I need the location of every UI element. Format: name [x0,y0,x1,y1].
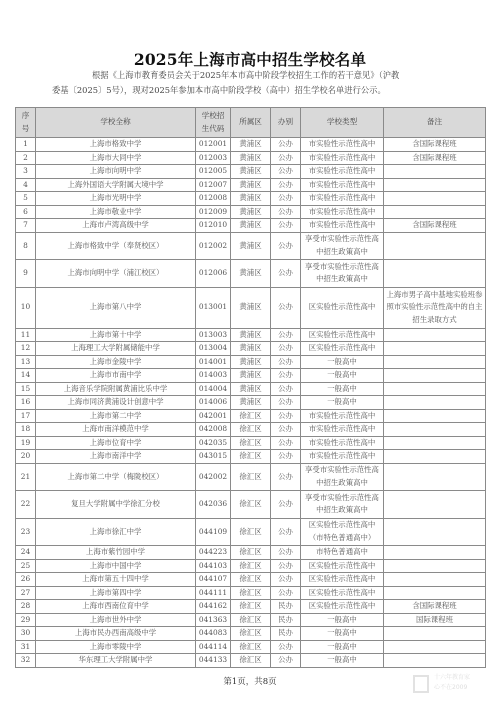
cell-school-code: 012010 [196,219,231,233]
table-row: 1上海市格致中学012001黄浦区公办市实验性示范性高中含国际课程班 [16,138,486,152]
cell-district: 黄浦区 [231,219,271,233]
table-row: 15上海音乐学院附属黄浦比乐中学014004黄浦区公办一般高中 [16,382,486,396]
cell-school-name: 上海市中国中学 [36,559,196,573]
cell-row-number: 27 [16,586,36,600]
table-row: 21上海市第二中学（梅陇校区）042002徐汇区公办享受市实验性示范性高中招生政… [16,463,486,491]
cell-row-number: 1 [16,138,36,152]
table-row: 32华东理工大学附属中学044133徐汇区公办一般高中 [16,654,486,668]
cell-ownership: 公办 [271,138,301,152]
table-row: 29上海市世外中学041363徐汇区民办一般高中国际课程班 [16,613,486,627]
cell-school-category: 一般高中 [301,396,384,410]
cell-row-number: 18 [16,423,36,437]
cell-ownership: 公办 [271,654,301,668]
cell-note [384,463,486,491]
cell-row-number: 29 [16,613,36,627]
cell-note [384,450,486,464]
cell-school-code: 044162 [196,600,231,614]
cell-school-category: 享受市实验性示范性高中招生政策高中 [301,463,384,491]
cell-school-name: 上海市敬业中学 [36,205,196,219]
cell-row-number: 31 [16,640,36,654]
cell-school-category: 市实验性示范性高中 [301,219,384,233]
cell-school-code: 013001 [196,287,231,328]
cell-school-name: 上海市金陵中学 [36,355,196,369]
cell-school-category: 市特色普通高中 [301,546,384,560]
cell-note [384,491,486,519]
cell-school-category: 一般高中 [301,627,384,641]
cell-row-number: 3 [16,165,36,179]
cell-ownership: 公办 [271,546,301,560]
cell-district: 徐汇区 [231,491,271,519]
cell-note [384,178,486,192]
cell-district: 徐汇区 [231,546,271,560]
header-district: 所属区 [231,108,271,138]
cell-district: 黄浦区 [231,232,271,260]
cell-row-number: 17 [16,409,36,423]
cell-school-category: 市实验性示范性高中 [301,178,384,192]
cell-school-name: 上海市大同中学 [36,151,196,165]
cell-ownership: 公办 [271,260,301,288]
cell-district: 黄浦区 [231,205,271,219]
cell-district: 黄浦区 [231,342,271,356]
table-row: 12上海理工大学附属储能中学013004黄浦区公办区实验性示范性高中 [16,342,486,356]
cell-note [384,355,486,369]
cell-school-category: 一般高中 [301,355,384,369]
cell-school-name: 华东理工大学附属中学 [36,654,196,668]
cell-school-code: 042002 [196,463,231,491]
cell-school-code: 012006 [196,260,231,288]
cell-school-name: 上海市位育中学 [36,436,196,450]
cell-district: 徐汇区 [231,409,271,423]
cell-row-number: 20 [16,450,36,464]
cell-district: 黄浦区 [231,260,271,288]
cell-note [384,586,486,600]
cell-school-code: 043015 [196,450,231,464]
cell-note [384,192,486,206]
page-title: 2025年上海市高中招生学校名单 [0,48,500,70]
header-no: 序号 [16,108,36,138]
cell-school-category: 市实验性示范性高中 [301,151,384,165]
cell-ownership: 公办 [271,573,301,587]
table-row: 4上海外国语大学附属大境中学012007黄浦区公办市实验性示范性高中 [16,178,486,192]
cell-ownership: 公办 [271,165,301,179]
cell-row-number: 23 [16,518,36,546]
cell-school-name: 上海市民办西南高级中学 [36,627,196,641]
cell-school-name: 上海市南洋模范中学 [36,423,196,437]
cell-note [384,342,486,356]
cell-note [384,328,486,342]
cell-district: 黄浦区 [231,178,271,192]
table-row: 10上海市第八中学013001黄浦区公办区实验性示范性高中上海市男子高中基地实验… [16,287,486,328]
cell-district: 黄浦区 [231,138,271,152]
cell-school-category: 市实验性示范性高中 [301,436,384,450]
cell-row-number: 22 [16,491,36,519]
cell-note [384,640,486,654]
cell-school-code: 012002 [196,232,231,260]
cell-school-code: 044109 [196,518,231,546]
watermark-line-1: 十六年教育家 [434,673,470,683]
cell-district: 徐汇区 [231,627,271,641]
cell-school-name: 上海市南洋中学 [36,450,196,464]
table-row: 17上海市第二中学042001徐汇区公办市实验性示范性高中 [16,409,486,423]
cell-school-code: 012007 [196,178,231,192]
cell-school-code: 012001 [196,138,231,152]
cell-ownership: 民办 [271,613,301,627]
table-row: 27上海市第四中学044111徐汇区公办区实验性示范性高中 [16,586,486,600]
cell-district: 黄浦区 [231,328,271,342]
cell-district: 徐汇区 [231,640,271,654]
cell-school-name: 上海音乐学院附属黄浦比乐中学 [36,382,196,396]
cell-row-number: 26 [16,573,36,587]
cell-school-name: 上海外国语大学附属大境中学 [36,178,196,192]
cell-row-number: 24 [16,546,36,560]
cell-school-category: 区实验性示范性高中（市特色普通高中） [301,518,384,546]
cell-school-code: 044103 [196,559,231,573]
cell-school-code: 044133 [196,654,231,668]
cell-row-number: 5 [16,192,36,206]
school-list-table: 序号 学校全称 学校招生代码 所属区 办别 学校类型 备注 1上海市格致中学01… [15,107,486,668]
cell-ownership: 公办 [271,436,301,450]
watermark-line-2: 心不在2009 [434,683,470,693]
cell-school-code: 044114 [196,640,231,654]
cell-school-code: 013004 [196,342,231,356]
cell-note: 含国际课程班 [384,138,486,152]
cell-school-name: 上海市向明中学（浦江校区） [36,260,196,288]
cell-school-category: 区实验性示范性高中 [301,559,384,573]
cell-ownership: 公办 [271,192,301,206]
cell-ownership: 公办 [271,423,301,437]
intro-line-1: 根据《上海市教育委员会关于2025年本市高中阶段学校招生工作的若干意见》（沪教 [92,70,399,80]
header-code: 学校招生代码 [196,108,231,138]
cell-row-number: 2 [16,151,36,165]
table-row: 2上海市大同中学012003黄浦区公办市实验性示范性高中含国际课程班 [16,151,486,165]
table-row: 23上海市徐汇中学044109徐汇区公办区实验性示范性高中（市特色普通高中） [16,518,486,546]
cell-school-name: 上海理工大学附属储能中学 [36,342,196,356]
cell-note [384,396,486,410]
cell-district: 黄浦区 [231,355,271,369]
cell-school-code: 044107 [196,573,231,587]
cell-row-number: 25 [16,559,36,573]
cell-ownership: 公办 [271,232,301,260]
cell-school-code: 042001 [196,409,231,423]
cell-school-code: 014001 [196,355,231,369]
header-school-name: 学校全称 [36,108,196,138]
cell-ownership: 公办 [271,287,301,328]
table-row: 5上海市光明中学012008黄浦区公办市实验性示范性高中 [16,192,486,206]
cell-school-category: 区实验性示范性高中 [301,328,384,342]
table-row: 30上海市民办西南高级中学044083徐汇区民办一般高中 [16,627,486,641]
cell-school-category: 区实验性示范性高中 [301,586,384,600]
cell-row-number: 28 [16,600,36,614]
cell-note: 上海市男子高中基地实验班参照市实验性示范性高中的自主招生录取方式 [384,287,486,328]
cell-row-number: 14 [16,369,36,383]
cell-ownership: 公办 [271,450,301,464]
cell-district: 徐汇区 [231,654,271,668]
table-row: 11上海市第十中学013003黄浦区公办区实验性示范性高中 [16,328,486,342]
cell-ownership: 公办 [271,219,301,233]
table-row: 25上海市中国中学044103徐汇区公办区实验性示范性高中 [16,559,486,573]
cell-row-number: 30 [16,627,36,641]
cell-school-category: 市实验性示范性高中 [301,205,384,219]
cell-district: 徐汇区 [231,423,271,437]
cell-school-category: 一般高中 [301,613,384,627]
cell-school-name: 上海市西南位育中学 [36,600,196,614]
table-row: 16上海市同济黄浦设计创意中学014006黄浦区公办一般高中 [16,396,486,410]
cell-district: 徐汇区 [231,600,271,614]
cell-school-name: 上海市向明中学 [36,165,196,179]
cell-district: 黄浦区 [231,151,271,165]
cell-note: 国际课程班 [384,613,486,627]
cell-school-name: 上海市第五十四中学 [36,573,196,587]
table-row: 22复旦大学附属中学徐汇分校042036徐汇区公办享受市实验性示范性高中招生政策… [16,491,486,519]
table-row: 20上海市南洋中学043015徐汇区公办市实验性示范性高中 [16,450,486,464]
cell-note [384,232,486,260]
cell-school-category: 一般高中 [301,640,384,654]
cell-school-code: 012003 [196,151,231,165]
cell-school-name: 上海市世外中学 [36,613,196,627]
cell-school-code: 044223 [196,546,231,560]
cell-district: 徐汇区 [231,573,271,587]
cell-school-category: 享受市实验性示范性高中招生政策高中 [301,260,384,288]
cell-school-code: 014006 [196,396,231,410]
header-category: 学校类型 [301,108,384,138]
cell-ownership: 公办 [271,328,301,342]
cell-district: 黄浦区 [231,382,271,396]
cell-school-category: 市实验性示范性高中 [301,192,384,206]
cell-district: 徐汇区 [231,463,271,491]
cell-note [384,260,486,288]
cell-row-number: 12 [16,342,36,356]
table-row: 3上海市向明中学012005黄浦区公办市实验性示范性高中 [16,165,486,179]
cell-school-name: 上海市徐汇中学 [36,518,196,546]
cell-note [384,409,486,423]
cell-note [384,369,486,383]
cell-note [384,573,486,587]
cell-note [384,165,486,179]
cell-ownership: 公办 [271,586,301,600]
cell-school-name: 上海市第十中学 [36,328,196,342]
cell-school-code: 044111 [196,586,231,600]
cell-row-number: 8 [16,232,36,260]
intro-line-2: 委基〔2025〕5号），现对2025年参加本市高中阶段学校（高中）招生学校名单进… [52,83,432,98]
cell-school-category: 市实验性示范性高中 [301,423,384,437]
cell-ownership: 公办 [271,518,301,546]
cell-school-code: 044083 [196,627,231,641]
cell-note: 含国际课程班 [384,219,486,233]
cell-district: 徐汇区 [231,586,271,600]
cell-row-number: 32 [16,654,36,668]
cell-school-code: 042036 [196,491,231,519]
cell-school-name: 上海市格致中学 [36,138,196,152]
cell-district: 黄浦区 [231,192,271,206]
cell-note [384,546,486,560]
cell-school-code: 012008 [196,192,231,206]
table-row: 19上海市位育中学042035徐汇区公办市实验性示范性高中 [16,436,486,450]
cell-ownership: 公办 [271,342,301,356]
table-row: 9上海市向明中学（浦江校区）012006黄浦区公办享受市实验性示范性高中招生政策… [16,260,486,288]
cell-ownership: 公办 [271,463,301,491]
cell-note [384,518,486,546]
cell-school-code: 012009 [196,205,231,219]
header-note: 备注 [384,108,486,138]
cell-school-name: 上海市光明中学 [36,192,196,206]
watermark: 十六年教育家 心不在2009 [413,673,493,697]
cell-ownership: 公办 [271,396,301,410]
cell-school-name: 上海市市南中学 [36,369,196,383]
cell-school-category: 享受市实验性示范性高中招生政策高中 [301,491,384,519]
cell-note [384,559,486,573]
table-row: 13上海市金陵中学014001黄浦区公办一般高中 [16,355,486,369]
table-row: 24上海市紫竹园中学044223徐汇区公办市特色普通高中 [16,546,486,560]
cell-district: 徐汇区 [231,436,271,450]
cell-row-number: 19 [16,436,36,450]
cell-school-code: 012005 [196,165,231,179]
cell-school-name: 上海市卢湾高级中学 [36,219,196,233]
cell-note [384,382,486,396]
cell-row-number: 16 [16,396,36,410]
cell-note: 含国际课程班 [384,600,486,614]
cell-district: 黄浦区 [231,287,271,328]
table-row: 31上海市零陵中学044114徐汇区公办一般高中 [16,640,486,654]
cell-note [384,627,486,641]
table-row: 28上海市西南位育中学044162徐汇区民办区实验性示范性高中含国际课程班 [16,600,486,614]
cell-row-number: 9 [16,260,36,288]
cell-school-name: 上海市第二中学（梅陇校区） [36,463,196,491]
table-row: 6上海市敬业中学012009黄浦区公办市实验性示范性高中 [16,205,486,219]
cell-ownership: 公办 [271,409,301,423]
cell-district: 徐汇区 [231,450,271,464]
cell-ownership: 公办 [271,491,301,519]
cell-school-name: 上海市格致中学（奉贤校区） [36,232,196,260]
cell-school-name: 上海市零陵中学 [36,640,196,654]
table-header-row: 序号 学校全称 学校招生代码 所属区 办别 学校类型 备注 [16,108,486,138]
cell-school-category: 一般高中 [301,369,384,383]
cell-note [384,654,486,668]
cell-row-number: 7 [16,219,36,233]
cell-school-category: 市实验性示范性高中 [301,138,384,152]
cell-ownership: 公办 [271,559,301,573]
cell-note: 含国际课程班 [384,151,486,165]
cell-ownership: 公办 [271,178,301,192]
cell-school-name: 上海市同济黄浦设计创意中学 [36,396,196,410]
cell-school-category: 区实验性示范性高中 [301,600,384,614]
cell-note [384,205,486,219]
cell-school-code: 041363 [196,613,231,627]
cell-school-code: 042008 [196,423,231,437]
cell-district: 徐汇区 [231,559,271,573]
table-row: 7上海市卢湾高级中学012010黄浦区公办市实验性示范性高中含国际课程班 [16,219,486,233]
cell-row-number: 15 [16,382,36,396]
cell-school-name: 上海市紫竹园中学 [36,546,196,560]
cell-ownership: 公办 [271,640,301,654]
cell-row-number: 4 [16,178,36,192]
cell-school-category: 享受市实验性示范性高中招生政策高中 [301,232,384,260]
cell-district: 徐汇区 [231,613,271,627]
cell-row-number: 13 [16,355,36,369]
cell-ownership: 公办 [271,355,301,369]
cell-district: 黄浦区 [231,396,271,410]
cell-note [384,423,486,437]
cell-school-code: 042035 [196,436,231,450]
cell-school-category: 一般高中 [301,654,384,668]
cell-ownership: 公办 [271,369,301,383]
cell-school-name: 上海市第二中学 [36,409,196,423]
cell-ownership: 民办 [271,600,301,614]
cell-school-category: 市实验性示范性高中 [301,409,384,423]
cell-school-category: 区实验性示范性高中 [301,573,384,587]
cell-school-category: 区实验性示范性高中 [301,287,384,328]
cell-school-category: 区实验性示范性高中 [301,342,384,356]
cell-note [384,436,486,450]
cell-district: 黄浦区 [231,165,271,179]
table-row: 14上海市市南中学014003黄浦区公办一般高中 [16,369,486,383]
cell-school-name: 上海市第四中学 [36,586,196,600]
table-row: 26上海市第五十四中学044107徐汇区公办区实验性示范性高中 [16,573,486,587]
table-body: 1上海市格致中学012001黄浦区公办市实验性示范性高中含国际课程班2上海市大同… [16,138,486,668]
cell-school-name: 复旦大学附属中学徐汇分校 [36,491,196,519]
cell-district: 徐汇区 [231,518,271,546]
cell-row-number: 6 [16,205,36,219]
cell-school-category: 市实验性示范性高中 [301,165,384,179]
cell-ownership: 公办 [271,382,301,396]
cell-school-code: 014004 [196,382,231,396]
cell-ownership: 公办 [271,205,301,219]
cell-school-category: 一般高中 [301,382,384,396]
intro-paragraph: 根据《上海市教育委员会关于2025年本市高中阶段学校招生工作的若干意见》（沪教 … [72,68,432,98]
cell-school-name: 上海市第八中学 [36,287,196,328]
cell-school-category: 市实验性示范性高中 [301,450,384,464]
table-row: 18上海市南洋模范中学042008徐汇区公办市实验性示范性高中 [16,423,486,437]
cell-row-number: 11 [16,328,36,342]
cell-school-code: 013003 [196,328,231,342]
table-row: 8上海市格致中学（奉贤校区）012002黄浦区公办享受市实验性示范性高中招生政策… [16,232,486,260]
watermark-logo-icon [413,675,429,693]
cell-ownership: 民办 [271,627,301,641]
cell-row-number: 21 [16,463,36,491]
cell-district: 黄浦区 [231,369,271,383]
header-ownership: 办别 [271,108,301,138]
cell-row-number: 10 [16,287,36,328]
cell-ownership: 公办 [271,151,301,165]
cell-school-code: 014003 [196,369,231,383]
